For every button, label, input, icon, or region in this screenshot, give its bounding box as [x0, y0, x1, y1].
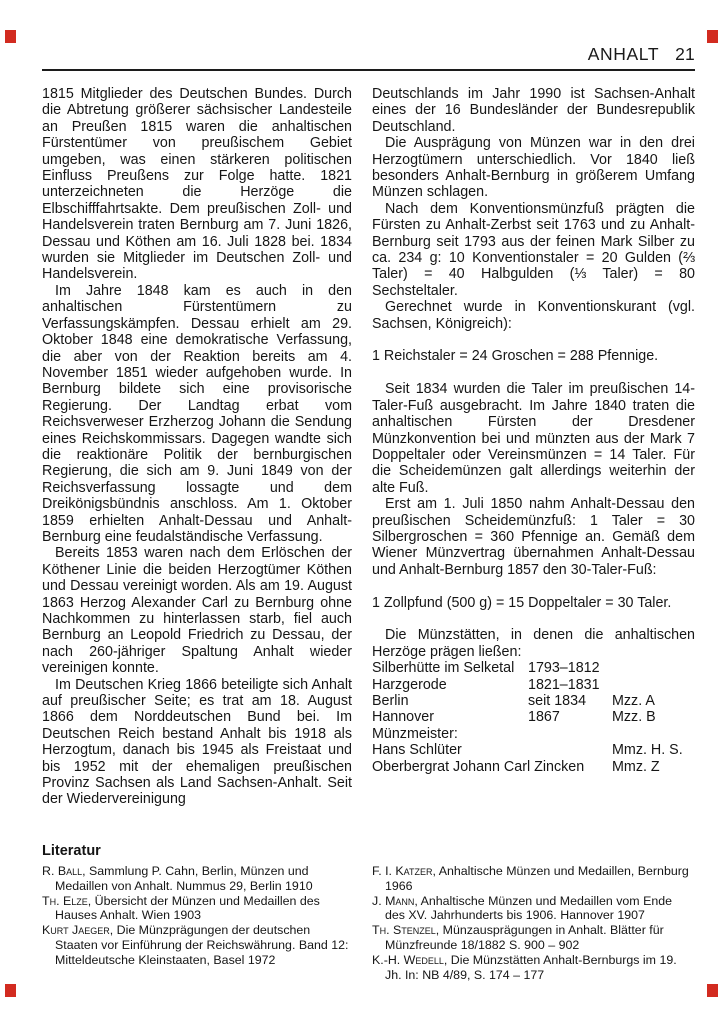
mint-mark: Mmz. Z [612, 759, 660, 775]
literature-author: J. Mann [372, 894, 414, 908]
mint-years: 1821–1831 [528, 677, 600, 693]
mint-place: Münzmeister: [372, 726, 458, 742]
literature-entry: Kurt Jaeger, Die Münzprägungen der deuts… [42, 923, 352, 967]
literatur-section: Literatur R. Ball, Sammlung P. Cahn, Ber… [42, 843, 695, 982]
conversion-formula: 1 Reichstaler = 24 Groschen = 288 Pfenni… [372, 348, 695, 364]
body-paragraph: Bereits 1853 waren nach dem Erlöschen de… [42, 545, 352, 676]
literature-entry: J. Mann, Anhaltische Münzen und Medaille… [372, 894, 695, 924]
body-paragraph: 1815 Mitglieder des Deutschen Bundes. Du… [42, 86, 352, 283]
conversion-formula: 1 Zollpfund (500 g) = 15 Doppeltaler = 3… [372, 595, 695, 611]
body-paragraph: Erst am 1. Juli 1850 nahm Anhalt-Dessau … [372, 496, 695, 578]
literature-author: R. Ball [42, 864, 82, 878]
literatur-heading: Literatur [42, 843, 695, 859]
registration-mark-bottom-right [707, 984, 718, 997]
literature-author: Kurt Jaeger [42, 923, 110, 937]
mint-row: Harzgerode1821–1831 [372, 677, 695, 693]
literature-entry: Th. Elze, Übersicht der Münzen und Medai… [42, 894, 352, 924]
body-paragraph: Seit 1834 wurden die Taler im preußische… [372, 381, 695, 496]
registration-mark-top-left [5, 30, 16, 43]
mint-years: 1793–1812 [528, 660, 600, 676]
running-title: ANHALT [588, 44, 659, 64]
body-columns: 1815 Mitglieder des Deutschen Bundes. Du… [42, 86, 695, 808]
mint-row: Münzmeister: [372, 726, 695, 742]
mint-years: 1867 [528, 709, 560, 725]
body-paragraph: Im Deutschen Krieg 1866 beteiligte sich … [42, 677, 352, 808]
right-column: Deutschlands im Jahr 1990 ist Sachsen-An… [372, 86, 695, 808]
mint-list: Silberhütte im Selketal1793–1812Harzgero… [372, 660, 695, 775]
mint-place: Oberbergrat Johann Carl Zincken [372, 759, 584, 775]
scanned-book-page: ANHALT21 1815 Mitglieder des Deutschen B… [0, 0, 723, 1020]
mint-years: seit 1834 [528, 693, 586, 709]
mint-row: Oberbergrat Johann Carl ZinckenMmz. Z [372, 759, 695, 775]
literature-text: , Sammlung P. Cahn, Berlin, Münzen und M… [55, 864, 313, 893]
literature-author: F. I. Katzer [372, 864, 433, 878]
body-paragraph: Die Münzstätten, in denen die anhaltisch… [372, 627, 695, 660]
body-paragraph: Gerechnet wurde in Konventionskurant (vg… [372, 299, 695, 332]
mint-row: Hannover1867Mzz. B [372, 709, 695, 725]
literatur-columns: R. Ball, Sammlung P. Cahn, Berlin, Münze… [42, 864, 695, 982]
mint-row: Hans SchlüterMmz. H. S. [372, 742, 695, 758]
literatur-right-column: F. I. Katzer, Anhaltische Münzen und Med… [372, 864, 695, 982]
mint-row: Silberhütte im Selketal1793–1812 [372, 660, 695, 676]
literature-author: K.-H. Wedell [372, 953, 444, 967]
mint-mark: Mmz. H. S. [612, 742, 683, 758]
body-paragraph: Im Jahre 1848 kam es auch in den anhalti… [42, 283, 352, 546]
literatur-left-column: R. Ball, Sammlung P. Cahn, Berlin, Münze… [42, 864, 352, 982]
literature-text: , Anhaltische Münzen und Medaillen vom E… [385, 894, 672, 923]
mint-mark: Mzz. A [612, 693, 655, 709]
mint-place: Hans Schlüter [372, 742, 462, 758]
left-column: 1815 Mitglieder des Deutschen Bundes. Du… [42, 86, 352, 808]
registration-mark-bottom-left [5, 984, 16, 997]
literature-author: Th. Elze [42, 894, 88, 908]
mint-row: Berlinseit 1834Mzz. A [372, 693, 695, 709]
mint-place: Hannover [372, 709, 434, 725]
mint-place: Harzgerode [372, 677, 447, 693]
page-number: 21 [675, 44, 695, 64]
mint-place: Berlin [372, 693, 409, 709]
mint-mark: Mzz. B [612, 709, 656, 725]
header-rule [42, 69, 695, 71]
page-header: ANHALT21 [42, 44, 695, 65]
body-paragraph: Deutschlands im Jahr 1990 ist Sachsen-An… [372, 86, 695, 135]
literature-entry: K.-H. Wedell, Die Münzstätten Anhalt-Ber… [372, 953, 695, 983]
literature-entry: F. I. Katzer, Anhaltische Münzen und Med… [372, 864, 695, 894]
mint-place: Silberhütte im Selketal [372, 660, 514, 676]
literature-author: Th. Stenzel [372, 923, 436, 937]
registration-mark-top-right [707, 30, 718, 43]
literature-text: , Übersicht der Münzen und Medaillen des… [55, 894, 320, 923]
body-paragraph: Nach dem Konventionsmünzfuß prägten die … [372, 201, 695, 299]
literature-entry: Th. Stenzel, Münzausprägungen in Anhalt.… [372, 923, 695, 953]
literature-entry: R. Ball, Sammlung P. Cahn, Berlin, Münze… [42, 864, 352, 894]
body-paragraph: Die Ausprägung von Münzen war in den dre… [372, 135, 695, 201]
